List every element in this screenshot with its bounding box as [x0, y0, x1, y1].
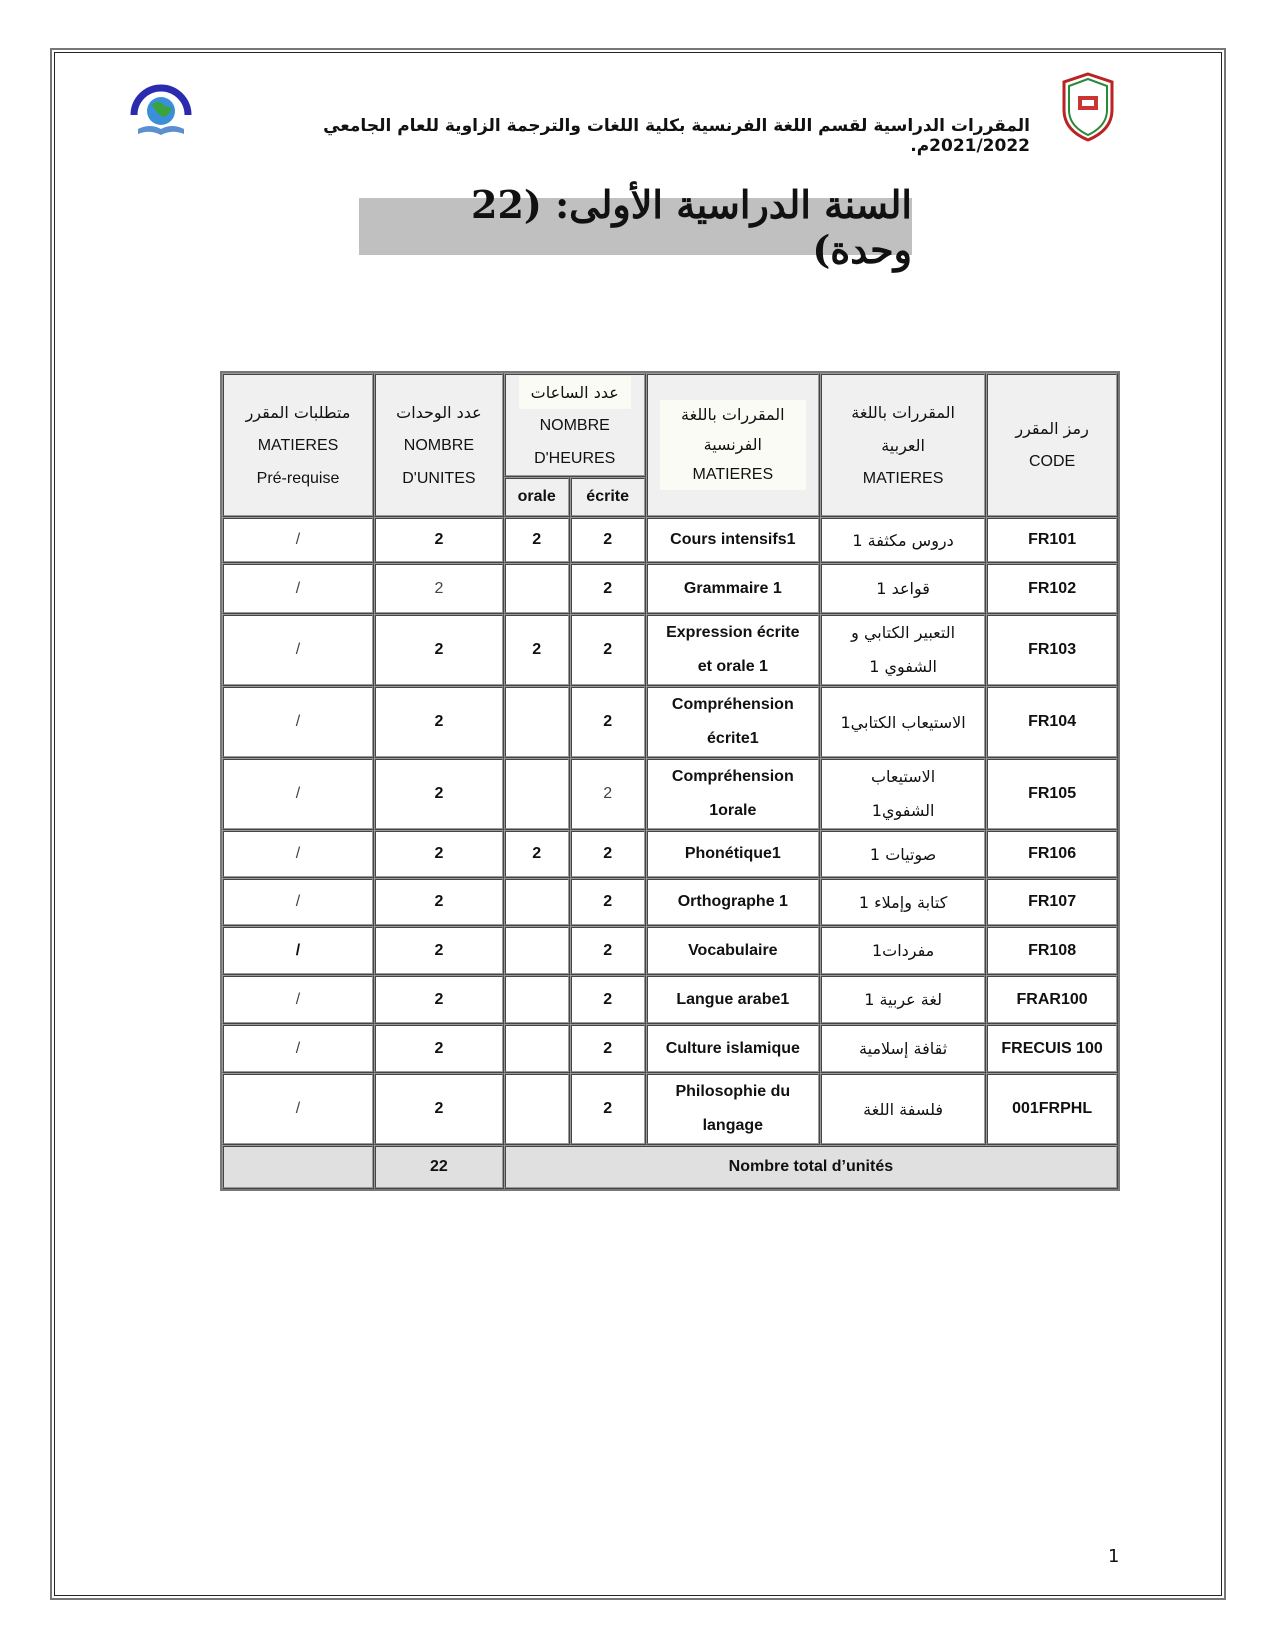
- header-ecrite: écrite: [570, 477, 646, 517]
- table-row: / 2 2 2 Phonétique1 صوتيات 1 FR106: [222, 830, 1118, 878]
- header-units: عدد الوحدات NOMBRE D'UNITES: [374, 373, 504, 517]
- page-title: السنة الدراسية الأولى: (22 وحدة): [359, 198, 912, 255]
- document-header: المقررات الدراسية لقسم اللغة الفرنسية بك…: [230, 116, 1030, 156]
- globe-book-logo-icon: [128, 75, 194, 141]
- university-shield-logo-icon: [1060, 72, 1116, 142]
- table-row: / 2 2 Vocabulaire مفردات1 FR108: [222, 926, 1118, 975]
- header-hours: عدد الساعات NOMBRE D'HEURES: [504, 373, 646, 477]
- courses-table: متطلبات المقرر MATIERES Pré-requise عدد …: [220, 371, 1120, 1191]
- table-row: / 2 2 Culture islamique ثقافة إسلامية FR…: [222, 1024, 1118, 1073]
- table-row: / 2 2 2 Expression écriteet orale 1 التع…: [222, 614, 1118, 686]
- header-code: رمز المقرر CODE: [986, 373, 1118, 517]
- header-french-courses: المقررات باللغة الفرنسية MATIERES: [646, 373, 820, 517]
- header-prerequisites: متطلبات المقرر MATIERES Pré-requise: [222, 373, 374, 517]
- table-row: / 2 2 2 Cours intensifs1 دروس مكثفة 1 FR…: [222, 517, 1118, 563]
- page-number: 1: [1108, 1546, 1119, 1567]
- table-row: / 2 2 Compréhensionécrite1 الاستيعاب الك…: [222, 686, 1118, 758]
- table-row: / 2 2 Orthographe 1 كتابة وإملاء 1 FR107: [222, 878, 1118, 926]
- table-header-row: متطلبات المقرر MATIERES Pré-requise عدد …: [222, 373, 1118, 477]
- total-units: 22: [374, 1145, 504, 1189]
- table-row: / 2 2 Langue arabe1 لغة عربية 1 FRAR100: [222, 975, 1118, 1024]
- table-row: / 2 2 Philosophie dulangage فلسفة اللغة …: [222, 1073, 1118, 1145]
- header-arabic-courses: المقررات باللغة العربية MATIERES: [820, 373, 986, 517]
- total-label: Nombre total d’unités: [504, 1145, 1118, 1189]
- total-row: 22 Nombre total d’unités: [222, 1145, 1118, 1189]
- header-orale: orale: [504, 477, 570, 517]
- table-row: / 2 2 Compréhension1orale الاستيعابالشفو…: [222, 758, 1118, 830]
- table-row: / 2 2 Grammaire 1 قواعد 1 FR102: [222, 563, 1118, 614]
